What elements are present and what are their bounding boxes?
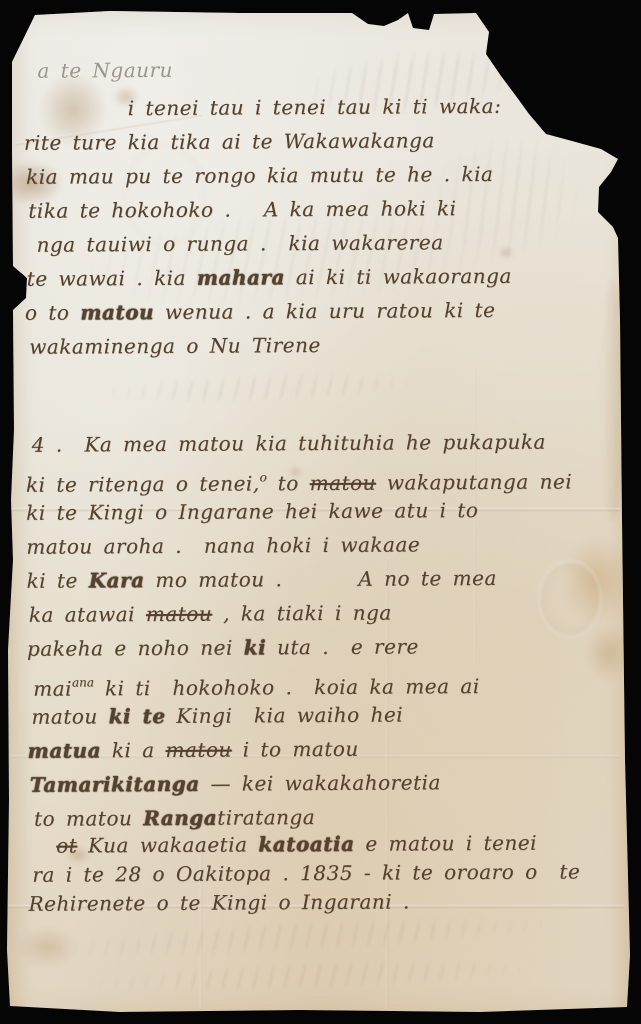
manuscript-line: ka atawai matou , ka tiaki i nga (29, 594, 619, 632)
manuscript-line: ki te Kara mo matou . A no te mea (26, 560, 618, 598)
manuscript-line: Rehirenete o te Kingi o Ingarani . (28, 886, 620, 919)
manuscript-line: i tenei tau i tenei tau ki ti waka: (128, 88, 616, 125)
manuscript-line: maiana ki ti hokohoko . koia ka mea ai (33, 662, 619, 700)
manuscript-line: ra i te 28 o Oakitopa . 1835 - ki te oro… (32, 857, 620, 890)
manuscript-line: ot Kua wakaaetia katoatia e matou i tene… (56, 828, 620, 860)
manuscript-word: Kua wakaaetia (77, 832, 258, 857)
manuscript-word: ki ti hokohoko . koia ka mea ai (94, 674, 480, 700)
photograph-background: a te Ngaurui tenei tau i tenei tau ki ti… (0, 0, 641, 1024)
manuscript-word: tiratanga (217, 805, 315, 830)
manuscript-word-smudge: Kara (89, 568, 145, 592)
manuscript-word-smudge: matou (80, 300, 154, 324)
manuscript-word: nga tauiwi o runga . kia wakarerea (36, 230, 443, 256)
manuscript-word-strike: matou (165, 738, 232, 762)
manuscript-word: ki te Kingi o Ingarane hei kawe atu i to (26, 498, 478, 525)
manuscript-word: ki a (101, 738, 166, 762)
manuscript-word: matou aroha . nana hoki i wakaae (26, 532, 420, 558)
manuscript-line: nga tauiwi o runga . kia wakarerea (36, 224, 616, 262)
manuscript-word: Rehirenete o te Kingi o Ingarani . (28, 889, 409, 915)
manuscript-line: 4 . Ka mea matou kia tuhituhia he pukapu… (32, 424, 618, 462)
manuscript-word: ka atawai (29, 602, 146, 627)
manuscript-line: wakaminenga o Nu Tirene (29, 326, 617, 364)
manuscript-word: , ka tiaki i nga (212, 601, 392, 626)
manuscript-line: ki te Kingi o Ingarane hei kawe atu i to (26, 492, 618, 530)
manuscript-word-smudge: mahara (197, 265, 285, 290)
manuscript-word: kia mau pu te rongo kia mutu te he . kia (26, 162, 493, 189)
manuscript-word: matou (31, 704, 108, 728)
manuscript-word-smudge: ki te (109, 704, 166, 728)
manuscript-word-strike: ot (56, 833, 77, 857)
manuscript-line: rite ture kia tika ai te Wakawakanga (24, 122, 616, 160)
manuscript-line: te wawai . kia mahara ai ki ti wakaorang… (27, 258, 617, 296)
manuscript-word: ai ki ti wakaoranga (285, 264, 512, 289)
manuscript-word: wakaputanga nei (376, 469, 572, 494)
manuscript-word: to (267, 471, 310, 495)
manuscript-word: rite ture kia tika ai te Wakawakanga (24, 128, 435, 155)
manuscript-word: e matou i tenei (354, 831, 537, 856)
manuscript-word: ki te (27, 568, 89, 592)
manuscript-word-smudge: Ranga (143, 806, 217, 830)
manuscript-word: mai (33, 677, 72, 701)
manuscript-word: wenua . a kia uru ratou ki te (154, 298, 496, 324)
manuscript-word: tika te hokohoko . A ka mea hoki ki (28, 196, 456, 223)
manuscript-word-strike: matou (310, 471, 377, 495)
manuscript-line: tika te hokohoko . A ka mea hoki ki (28, 190, 616, 228)
manuscript-word: pakeha e noho nei (27, 635, 244, 660)
manuscript-word: ra i te 28 o Oakitopa . 1835 - ki te oro… (32, 859, 580, 886)
manuscript-line: kia mau pu te rongo kia mutu te he . kia (26, 156, 616, 194)
manuscript-word: te wawai . kia (27, 266, 197, 291)
manuscript-word: mo matou . A no te mea (144, 566, 496, 592)
manuscript-text: a te Ngaurui tenei tau i tenei tau ki ti… (21, 50, 620, 919)
manuscript-word-smudge: ki (244, 635, 267, 659)
manuscript-word: o to (25, 300, 80, 324)
manuscript-word: Kingi kia waiho hei (165, 703, 403, 728)
manuscript-word: — kei wakakahoretia (200, 770, 441, 795)
manuscript-line: matou ki te Kingi kia waiho hei (31, 696, 619, 734)
manuscript-word-strike: matou (146, 602, 213, 626)
manuscript-line: o to matou wenua . a kia uru ratou ki te (25, 292, 617, 330)
manuscript-word: wakaminenga o Nu Tirene (29, 333, 321, 359)
manuscript-word: uta . e rere (266, 634, 419, 659)
manuscript-line: Tamarikitanga — kei wakakahoretia (30, 764, 620, 802)
manuscript-word-smudge: Tamarikitanga (30, 772, 200, 797)
manuscript-line: ki te ritenga o tenei,o to matou wakaput… (26, 458, 618, 496)
manuscript-word: i tenei tau i tenei tau ki ti waka: (128, 94, 502, 120)
manuscript-word-sup: ana (72, 675, 94, 689)
manuscript-line: a te Ngauru (37, 50, 615, 88)
manuscript-word: i to matou (232, 737, 359, 762)
manuscript-line: matua ki a matou i to matou (28, 730, 620, 768)
manuscript-word: a te Ngauru (37, 58, 173, 83)
manuscript-word-sup: o (260, 470, 267, 484)
manuscript-word: to matou (34, 806, 143, 831)
manuscript-word-smudge: matua (28, 738, 102, 762)
manuscript-line: pakeha e noho nei ki uta . e rere (27, 628, 619, 666)
manuscript-word: ki te ritenga o tenei, (26, 471, 260, 496)
manuscript-line: matou aroha . nana hoki i wakaae (26, 526, 618, 564)
manuscript-word-smudge: katoatia (258, 832, 354, 857)
manuscript-word: 4 . Ka mea matou kia tuhituhia he pukapu… (32, 430, 546, 457)
manuscript-paper: a te Ngaurui tenei tau i tenei tau ki ti… (0, 0, 641, 1024)
